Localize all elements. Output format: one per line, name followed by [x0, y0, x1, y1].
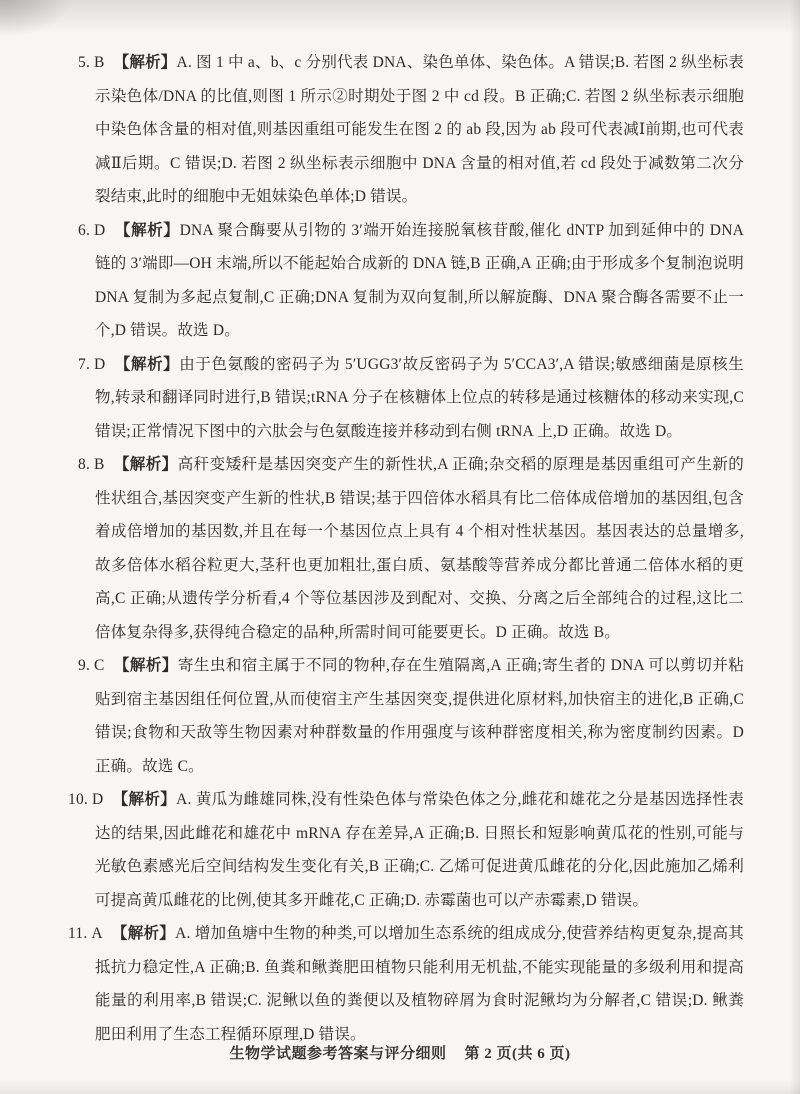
answer-item: 7.D【解析】由于色氨酸的密码子为 5′UGG3′故反密码子为 5′CCA3′,… [95, 348, 744, 449]
explanation-text: A. 增加鱼塘中生物的种类,可以增加生态系统的组成成分,使营养结构更复杂,提高其… [95, 925, 744, 1043]
analysis-label: 【解析】 [114, 222, 179, 239]
scan-artifact-bottom [0, 1080, 800, 1094]
explanation-text: A. 黄瓜为雌雄同株,没有性染色体与常染色体之分,雌花和雄花之分是基因选择性表达… [95, 791, 744, 909]
analysis-label: 【解析】 [114, 456, 178, 473]
answer-letter: C [94, 657, 105, 674]
analysis-label: 【解析】 [114, 657, 178, 674]
analysis-label: 【解析】 [112, 791, 176, 808]
footer-page-indicator: 第 2 页(共 6 页) [465, 1046, 571, 1062]
answer-letter: A [91, 925, 102, 942]
explanation-text: 寄生虫和宿主属于不同的物种,存在生殖隔离,A 正确;寄生者的 DNA 可以剪切并… [95, 657, 744, 775]
scan-artifact-top [0, 0, 800, 34]
answer-letter: D [94, 222, 105, 239]
document-page: 5.B【解析】A. 图 1 中 a、b、c 分别代表 DNA、染色单体、染色体。… [0, 0, 800, 1094]
answer-item: 5.B【解析】A. 图 1 中 a、b、c 分别代表 DNA、染色单体、染色体。… [95, 46, 744, 214]
page-footer: 生物学试题参考答案与评分细则第 2 页(共 6 页) [0, 1042, 800, 1063]
question-number: 7. [78, 356, 90, 373]
question-number: 6. [78, 222, 90, 239]
answer-item: 9.C【解析】寄生虫和宿主属于不同的物种,存在生殖隔离,A 正确;寄生者的 DN… [95, 649, 744, 783]
explanation-text: 由于色氨酸的密码子为 5′UGG3′故反密码子为 5′CCA3′,A 错误;敏感… [95, 356, 744, 440]
explanation-text: 高秆变矮秆是基因突变产生的新性状,A 正确;杂交稻的原理是基因重组可产生新的性状… [95, 456, 744, 641]
question-number: 11. [68, 925, 87, 942]
scan-artifact-corner [0, 0, 74, 38]
explanation-text: A. 图 1 中 a、b、c 分别代表 DNA、染色单体、染色体。A 错误;B.… [95, 54, 744, 205]
question-number: 8. [78, 456, 90, 473]
answer-item: 6.D【解析】DNA 聚合酶要从引物的 3′端开始连接脱氧核苷酸,催化 dNTP… [95, 214, 744, 348]
answer-item: 11.A【解析】A. 增加鱼塘中生物的种类,可以增加生态系统的组成成分,使营养结… [95, 917, 744, 1051]
answer-letter: D [92, 791, 103, 808]
answer-letter: B [94, 54, 105, 71]
scan-artifact-right-edge [790, 0, 800, 1094]
answer-item: 10.D【解析】A. 黄瓜为雌雄同株,没有性染色体与常染色体之分,雌花和雄花之分… [95, 783, 744, 917]
answer-item: 8.B【解析】高秆变矮秆是基因突变产生的新性状,A 正确;杂交稻的原理是基因重组… [95, 448, 744, 649]
question-number: 10. [68, 791, 88, 808]
answer-list: 5.B【解析】A. 图 1 中 a、b、c 分别代表 DNA、染色单体、染色体。… [95, 46, 744, 1051]
analysis-label: 【解析】 [114, 356, 179, 373]
analysis-label: 【解析】 [114, 54, 177, 71]
question-number: 5. [78, 54, 90, 71]
answer-letter: B [94, 456, 105, 473]
explanation-text: DNA 聚合酶要从引物的 3′端开始连接脱氧核苷酸,催化 dNTP 加到延伸中的… [95, 222, 744, 340]
analysis-label: 【解析】 [112, 925, 175, 942]
question-number: 9. [78, 657, 90, 674]
answer-letter: D [94, 356, 105, 373]
footer-document-title: 生物学试题参考答案与评分细则 [229, 1046, 446, 1062]
